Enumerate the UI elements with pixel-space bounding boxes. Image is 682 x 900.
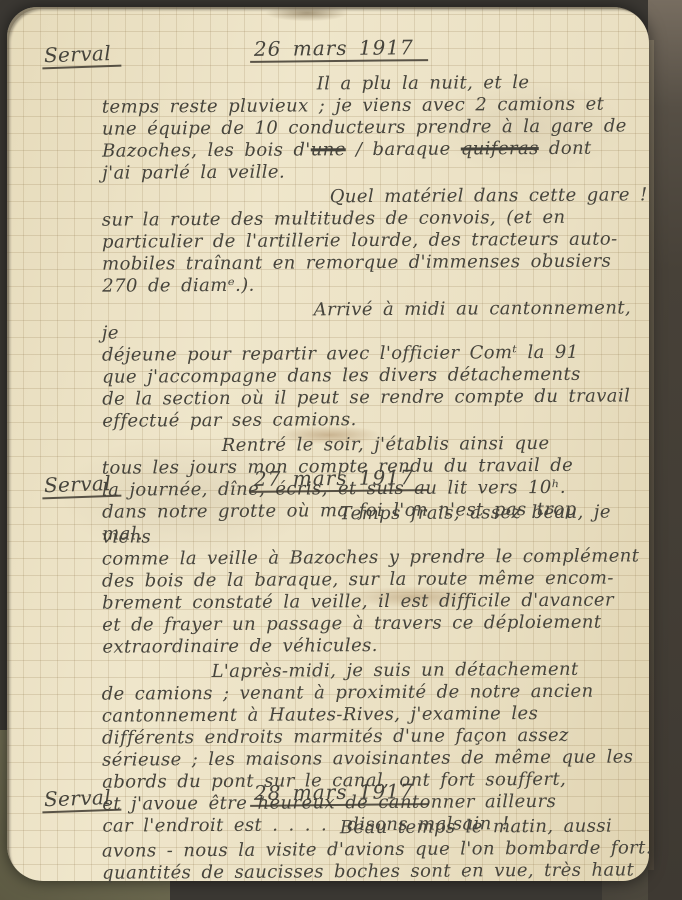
entry-paragraph: Arrivé à midi au cantonnement, je déjeun… (102, 297, 655, 432)
struck-word: quiferas (461, 138, 539, 159)
entry-place: Serval (42, 472, 122, 500)
entry-date: 27 mars 1917 (250, 466, 428, 493)
entry-header: Serval26 mars 1917 (102, 37, 654, 73)
entry-date: 26 mars 1917 (250, 36, 428, 63)
entry-header: Serval27 mars 1917 (102, 467, 654, 503)
entry-paragraph: Quel matériel dans cette gare ! sur la r… (102, 184, 655, 297)
entry-paragraph: Beau temps le matin, aussi avons - nous … (102, 815, 654, 884)
photo-backdrop: { "colors": { "paper": "#ebe1c6", "ink":… (0, 0, 682, 900)
entry-paragraph: Il a plu la nuit, et le temps reste pluv… (102, 71, 655, 184)
journal-entry: Serval28 mars 1917Beau temps le matin, a… (102, 781, 654, 886)
notebook-page: Serval26 mars 1917Il a plu la nuit, et l… (7, 7, 649, 881)
entry-header: Serval28 mars 1917 (102, 781, 654, 817)
entry-place: Serval (42, 786, 122, 814)
entry-place: Serval (42, 42, 122, 70)
entry-paragraph: Temps frais, assez beau, je viens comme … (102, 501, 655, 658)
struck-word: une (311, 139, 346, 160)
entry-date: 28 mars 1917 (250, 780, 428, 807)
